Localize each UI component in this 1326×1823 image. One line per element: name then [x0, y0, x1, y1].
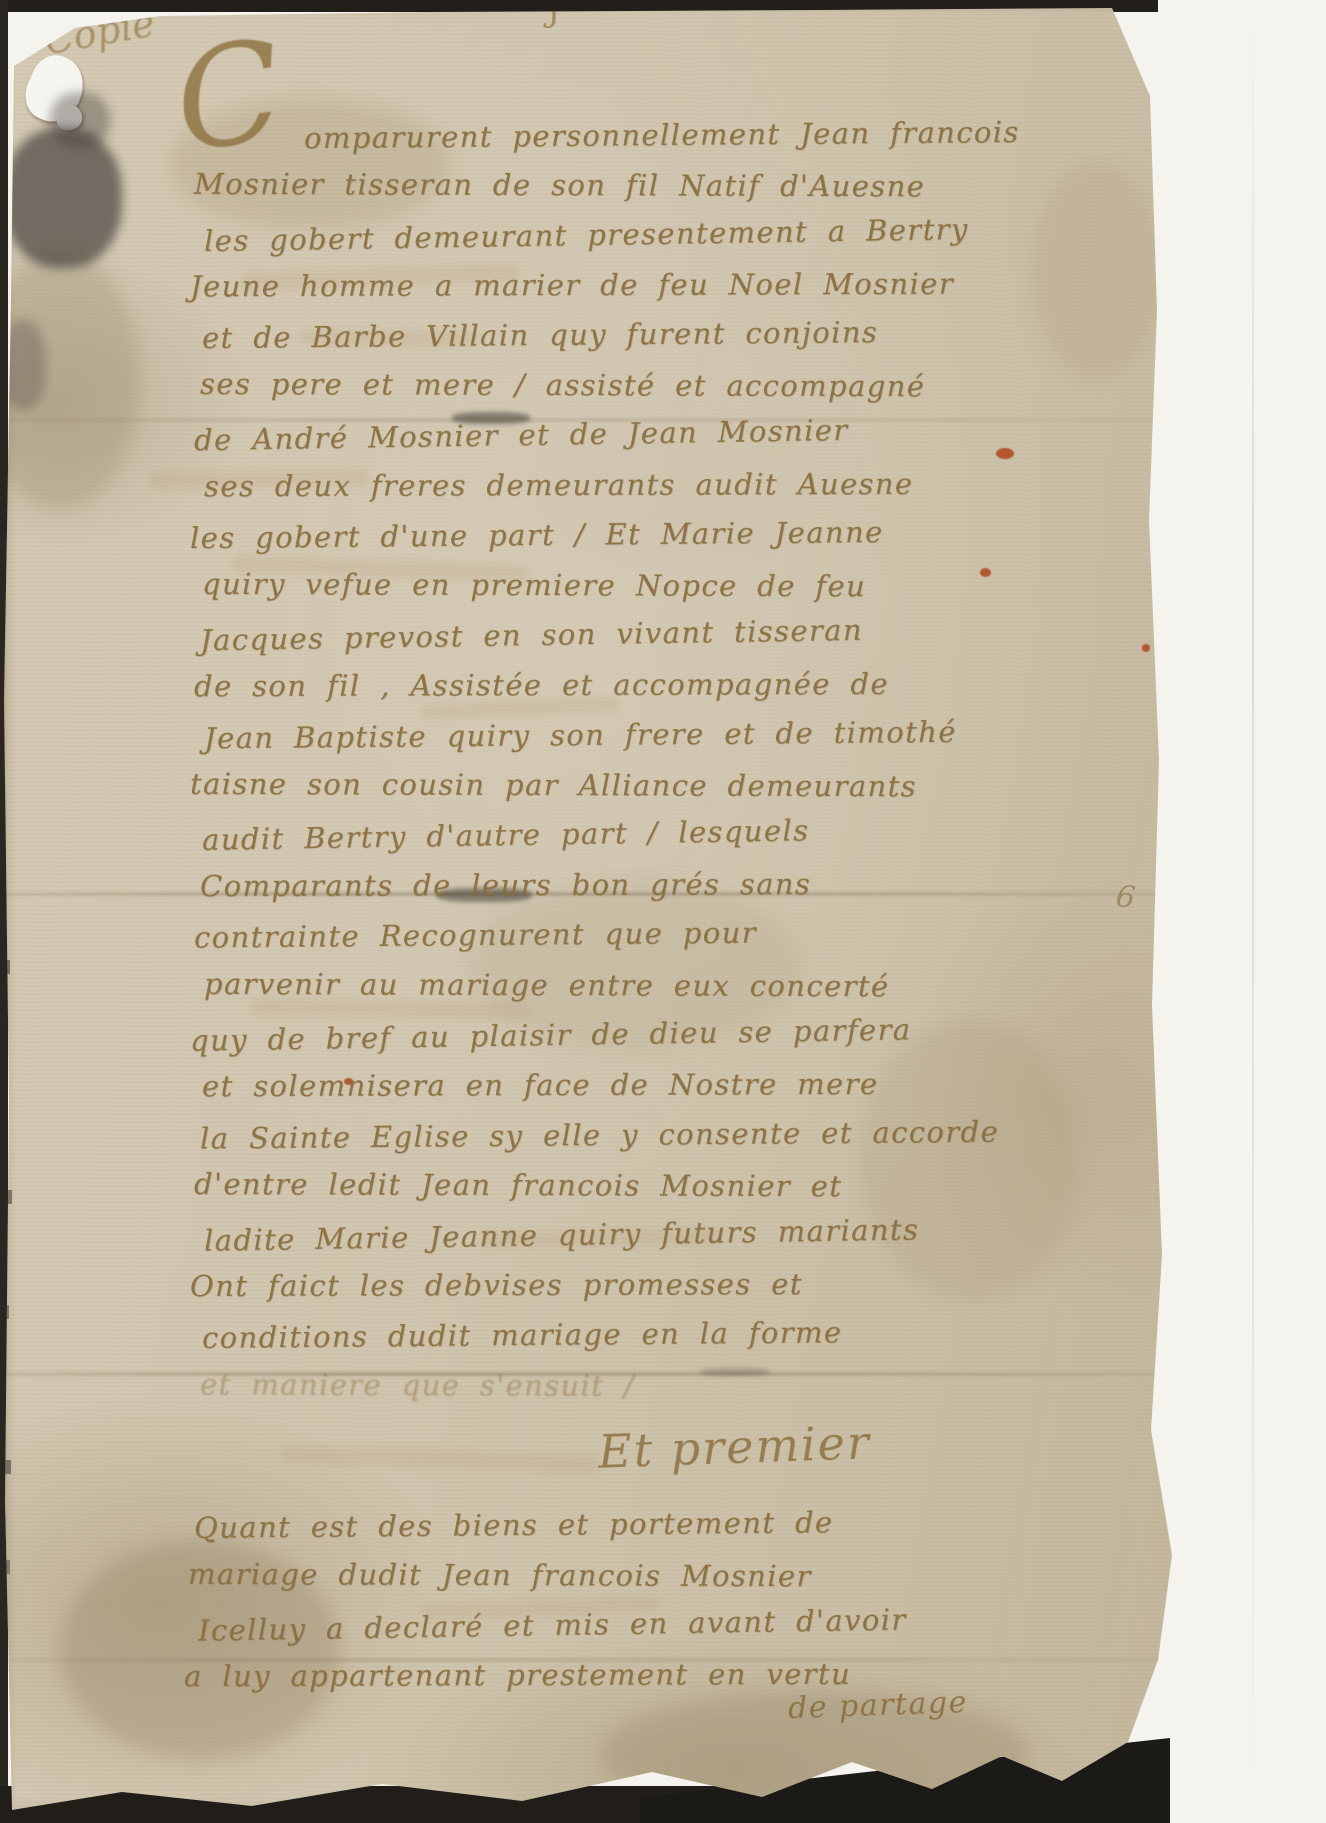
manuscript-line: quy de bref au plaisir de dieu se parfer… — [190, 1012, 912, 1057]
manuscript-line: contrainte Recognurent que pour — [194, 916, 757, 955]
paper-stain — [1030, 160, 1160, 380]
scanner-margin-crease — [1252, 0, 1254, 1823]
manuscript-line: Mosnier tisseran de son fil Natif d'Aues… — [194, 167, 925, 204]
manuscript-line: et maniere que s'ensuit / — [200, 1367, 635, 1403]
manuscript-line: ses deux freres demeurants audit Auesne — [204, 467, 914, 503]
crease-smudge — [700, 1368, 770, 1376]
manuscript-line: ses pere et mere / assisté et accompagné — [200, 367, 925, 404]
manuscript-line: Jeune homme a marier de feu Noel Mosnier — [190, 267, 954, 304]
scanned-manuscript-screenshot: { "document": { "annotation_top_left": "… — [0, 0, 1326, 1823]
paper-stain — [860, 1020, 1080, 1300]
drop-cap-letter: C — [167, 21, 291, 172]
manuscript-line: quiry vefue en premiere Nopce de feu — [202, 567, 866, 603]
bleed-through-mark — [280, 1444, 600, 1473]
manuscript-line: Jacques prevost en son vivant tisseran — [200, 613, 863, 657]
soot-smear — [50, 92, 110, 148]
soot-smear — [4, 128, 122, 268]
manuscript-line: d'entre ledit Jean francois Mosnier et — [194, 1167, 842, 1203]
manuscript-line: Comparants de leurs bon grés sans — [200, 867, 811, 903]
margin-numeral: 6 — [1114, 879, 1137, 916]
manuscript-line: audit Bertry d'autre part / lesquels — [202, 813, 810, 857]
manuscript-line: de son fil , Assistée et accompagnée de — [194, 667, 889, 703]
manuscript-line: conditions dudit mariage en la forme — [202, 1315, 843, 1355]
section-heading: Et premier — [597, 1415, 872, 1478]
closing-catchword: de partage — [787, 1685, 968, 1726]
manuscript-page: Copie ʃ C omparurent personnellement Jea… — [0, 0, 1326, 1823]
manuscript-line: parvenir au mariage entre eux concerté — [204, 967, 890, 1003]
manuscript-line: ladite Marie Jeanne quiry futurs mariant… — [204, 1212, 920, 1257]
manuscript-line: la Sainte Eglise sy elle y consente et a… — [200, 1115, 999, 1156]
manuscript-line: Jean Baptiste quiry son frere et de timo… — [204, 715, 957, 756]
manuscript-line: Quant est des biens et portement de — [194, 1505, 834, 1545]
manuscript-line: et solemnisera en face de Nostre mere — [202, 1067, 879, 1103]
red-wax-fleck — [996, 448, 1014, 459]
manuscript-line: a luy appartenant prestement en vertu — [184, 1657, 851, 1693]
red-wax-fleck — [980, 568, 991, 577]
red-wax-fleck — [1142, 644, 1150, 652]
manuscript-line: taisne son cousin par Alliance demeurant… — [190, 767, 917, 804]
manuscript-line: et de Barbe Villain quy furent conjoins — [202, 315, 878, 355]
manuscript-line: omparurent personnellement Jean francois — [304, 115, 1020, 155]
manuscript-line: mariage dudit Jean francois Mosnier — [188, 1557, 812, 1593]
manuscript-line: Ont faict les debvises promesses et — [190, 1267, 803, 1303]
manuscript-line: les gobert d'une part / Et Marie Jeanne — [190, 515, 884, 555]
